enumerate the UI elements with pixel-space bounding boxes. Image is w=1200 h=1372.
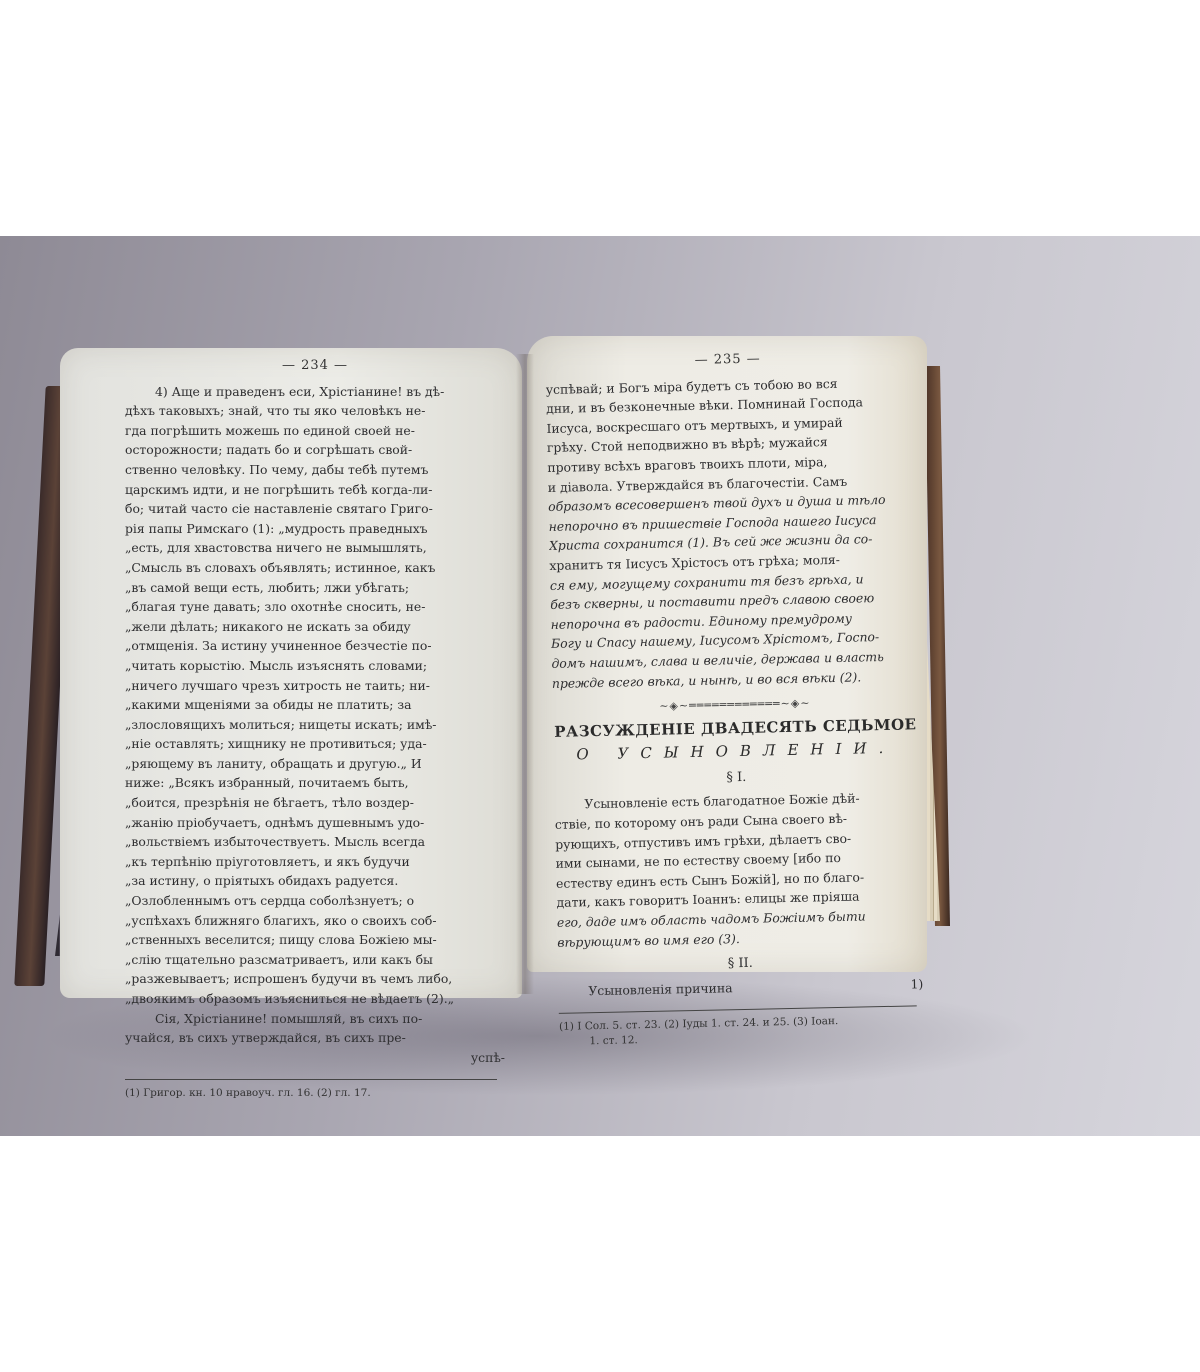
left-page-lines: 4) Аще и праведенъ еси, Хрістіанине! въ … bbox=[125, 382, 505, 1068]
section-1-mark: § I. bbox=[554, 764, 919, 791]
text-line: „жели дѣлать; никакого не искать за обид… bbox=[125, 617, 505, 637]
text-line: „боится, презрѣнія не бѣгаетъ, тѣло возд… bbox=[125, 793, 505, 813]
text-line: „ряющему въ ланиту, обращать и другую.„ … bbox=[125, 754, 505, 774]
text-line: „ничего лучшаго чрезъ хитрость не таить;… bbox=[125, 676, 505, 696]
footnote-left: (1) Григор. кн. 10 нравоуч. гл. 16. (2) … bbox=[125, 1086, 505, 1101]
text-line: „читать корыстію. Мысль изъяснять словам… bbox=[125, 656, 505, 676]
right-page-lines-top: успѣвай; и Богъ міра будетъ съ тобою во … bbox=[546, 372, 917, 693]
text-line: дѣхъ таковыхъ; знай, что ты яко человѣкъ… bbox=[125, 401, 505, 421]
text-line: „ніе оставлять; хищнику не противиться; … bbox=[125, 734, 505, 754]
text-line: „Смысль въ словахъ объявлять; истинное, … bbox=[125, 558, 505, 578]
bottom-margin bbox=[0, 1136, 1200, 1372]
book-gutter bbox=[516, 354, 534, 994]
text-line: царскимъ идти, и не погрѣшить тебѣ когда… bbox=[125, 480, 505, 500]
text-line: осторожности; падать бо и согрѣшать свой… bbox=[125, 440, 505, 460]
text-line: „отмщенія. За истину учиненное безчестіе… bbox=[125, 636, 505, 656]
text-line: успѣ- bbox=[125, 1048, 505, 1068]
text-line: 4) Аще и праведенъ еси, Хрістіанине! въ … bbox=[125, 382, 505, 402]
text-line: „двоякимъ образомъ изъясниться не вѣдает… bbox=[125, 989, 505, 1009]
section-1-lines: Усыновленіе есть благодатное Божіе дѣй-с… bbox=[554, 788, 922, 952]
text-line: „какими мщеніями за обиды не платить; за bbox=[125, 695, 505, 715]
text-line: „за истину, о пріятыхъ обидахъ радуется. bbox=[125, 871, 505, 891]
text-line: „разжевываетъ; испрошенъ будучи въ чемъ … bbox=[125, 969, 505, 989]
text-line: „есть, для хвастовства ничего не вымышля… bbox=[125, 538, 505, 558]
book-photo: — 234 — 4) Аще и праведенъ еси, Хрістіан… bbox=[0, 236, 1200, 1136]
text-line: бо; читай часто сіе наставленіе святаго … bbox=[125, 499, 505, 519]
section-2-catchword: 1) bbox=[910, 974, 923, 994]
text-line: „въ самой вещи есть, любить; лжи убѣгать… bbox=[125, 578, 505, 598]
text-line: „успѣхахъ ближняго благихъ, яко о своихъ… bbox=[125, 911, 505, 931]
text-line: „злословящихъ молиться; нищеты искать; и… bbox=[125, 715, 505, 735]
text-line: „вольствіемъ избыточествуетъ. Мысль всег… bbox=[125, 832, 505, 852]
ornament-divider: ~◈~════════════~◈~ bbox=[552, 691, 917, 718]
section-2-line: Усыновленія причина 1) bbox=[558, 974, 923, 1001]
text-line: ниже: „Всякъ избранный, почитаемъ быть, bbox=[125, 773, 505, 793]
chapter-heading: РАЗСУЖДЕНІЕ ДВАДЕСЯТЬ СЕДЬМОЕ bbox=[553, 715, 918, 742]
text-line: учайся, въ сихъ утверждайся, въ сихъ пре… bbox=[125, 1028, 505, 1048]
left-page-text: — 234 — 4) Аще и праведенъ еси, Хрістіан… bbox=[125, 356, 505, 1101]
text-line: „Озлобленнымъ отъ сердца соболѣзнуетъ; о bbox=[125, 891, 505, 911]
text-line: ственно человѣку. По чему, дабы тебѣ пут… bbox=[125, 460, 505, 480]
text-line: „ственныхъ веселится; пищу слова Божіею … bbox=[125, 930, 505, 950]
text-line: „благая туне давать; зло охотнѣе сносить… bbox=[125, 597, 505, 617]
chapter-subheading: О УСЫНОВЛЕНІИ. bbox=[553, 739, 918, 766]
text-line: гда погрѣшить можешь по единой своей не- bbox=[125, 421, 505, 441]
text-line: „жанію пріобучаетъ, однѣмъ душевнымъ удо… bbox=[125, 813, 505, 833]
section-2-text: Усыновленія причина bbox=[558, 978, 733, 1001]
text-line: „слію тщательно разсматриваетъ, или какъ… bbox=[125, 950, 505, 970]
text-line: Сія, Хрістіанине! помышляй, въ сихъ по- bbox=[125, 1009, 505, 1029]
right-page-text: — 235 — успѣвай; и Богъ міра будетъ съ т… bbox=[545, 346, 925, 1050]
text-line: „къ терпѣнію пріуготовляетъ, и якъ будуч… bbox=[125, 852, 505, 872]
footnote-rule-left bbox=[125, 1079, 497, 1080]
section-2-mark: § II. bbox=[558, 950, 923, 977]
page-number-left: — 234 — bbox=[125, 356, 505, 376]
text-line: рія папы Римскаго (1): „мудрость праведн… bbox=[125, 519, 505, 539]
